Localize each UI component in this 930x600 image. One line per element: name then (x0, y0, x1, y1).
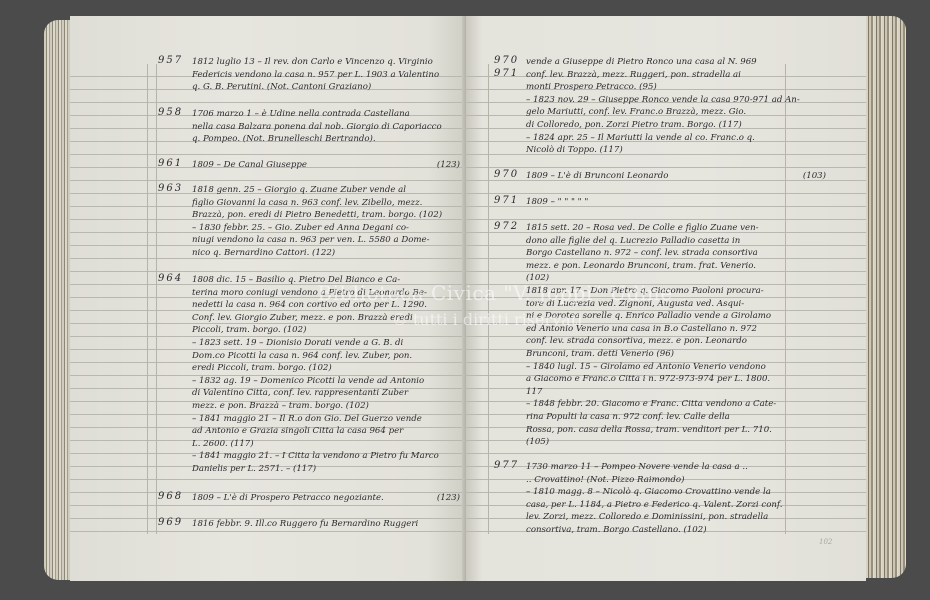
ledger-entry: 1808 dic. 15 – Basilio q. Pietro Del Bia… (192, 274, 460, 476)
entry-line: Conf. lev. Giorgio Zuber, mezz. e pon. B… (192, 312, 460, 325)
entry-line: – 1830 febbr. 25. – Gio. Zuber ed Anna D… (192, 222, 460, 235)
entry-line: – 1848 febbr. 20. Giacomo e Franc. Citta… (526, 398, 826, 411)
entry-line: .. Crovattino! (Not. Pizzo Raimondo) (526, 474, 826, 487)
entry-number: 958 (158, 107, 183, 120)
entry-line: ad Antonio e Grazia singoli Citta la cas… (192, 425, 460, 438)
left-page: 9571812 luglio 13 – Il rev. don Carlo e … (70, 16, 466, 581)
ledger-entry: 1812 luglio 13 – Il rev. don Carlo e Vin… (192, 56, 460, 94)
entry-number: 961 (158, 158, 183, 171)
entry-line: mezz. e pon. Brazzà – tram. borgo. (102) (192, 400, 460, 413)
entry-line: L. 2600. (117) (192, 438, 460, 451)
entry-line: terina moro coniugi vendono a Pietro di … (192, 287, 460, 300)
entry-line: 117 (526, 386, 826, 399)
entry-line: – 1832 ag. 19 – Domenico Picotti la vend… (192, 375, 460, 388)
entry-line: q. G. B. Perutini. (Not. Cantoni Grazian… (192, 81, 460, 94)
entry-line: 1808 dic. 15 – Basilio q. Pietro Del Bia… (192, 274, 460, 287)
entry-line: Piccoli, tram. borgo. (102) (192, 324, 460, 337)
entry-number: 968 (158, 491, 183, 504)
entry-line: 1809 – De Canal Giuseppe(123) (192, 159, 460, 172)
entry-line: conf. lev. strada consortiva, mezz. e po… (526, 335, 826, 348)
entry-line: consortiva, tram. Borgo Castellano. (102… (526, 524, 826, 537)
entry-line: Federicis vendono la casa n. 957 per L. … (192, 69, 460, 82)
entry-line: nella casa Balzara ponena dal nob. Giorg… (192, 121, 460, 134)
entry-line: Borgo Castellano n. 972 – conf. lev. str… (526, 247, 826, 260)
entry-line: conf. lev. Brazzà, mezz. Ruggeri, pon. s… (526, 69, 826, 82)
entry-line: 1818 genn. 25 – Giorgio q. Zuane Zuber v… (192, 184, 460, 197)
entry-line: ed Antonio Venerio una casa in B.o Caste… (526, 323, 826, 336)
entry-line: 1809 – " " " " " (526, 196, 826, 209)
entry-line: Danielis per L. 2571. – (117) (192, 463, 460, 476)
book-page-edges-right (866, 16, 906, 578)
entry-line: vende a Giuseppe di Pietro Ronco una cas… (526, 56, 826, 69)
pencil-folio-number: 102 (819, 538, 832, 546)
entry-number: 972 (494, 221, 519, 234)
entry-line: – 1823 sett. 19 – Dionisio Dorati vende … (192, 337, 460, 350)
entry-line: Dom.co Picotti la casa n. 964 conf. lev.… (192, 350, 460, 363)
archive-reference: (103) (803, 170, 826, 183)
entry-line: Nicolò di Toppo. (117) (526, 144, 826, 157)
entry-number: 964 (158, 273, 183, 286)
entry-line: 1730 marzo 11 – Pompeo Novere vende la c… (526, 461, 826, 474)
book-page-edges-left (44, 20, 72, 580)
ledger-entry: 1816 febbr. 9. Ill.co Ruggero fu Bernard… (192, 518, 460, 531)
entry-line: nico q. Bernardino Cattori. (122) (192, 247, 460, 260)
entry-line: Brazzà, pon. eredi di Pietro Benedetti, … (192, 209, 460, 222)
right-page: 970 971vende a Giuseppe di Pietro Ronco … (466, 16, 866, 581)
entry-line: 1816 febbr. 9. Ill.co Ruggero fu Bernard… (192, 518, 460, 531)
ledger-entry: 1809 – " " " " " (526, 196, 826, 209)
ledger-entry: 1809 – De Canal Giuseppe(123) (192, 159, 460, 172)
entry-line: mezz. e pon. Leonardo Brunconi, tram. fr… (526, 260, 826, 273)
ledger-entry: 1815 sett. 20 – Rosa ved. De Colle e fig… (526, 222, 826, 449)
entry-number: 963 (158, 183, 183, 196)
entry-line: monti Prospero Petracco. (95) (526, 81, 826, 94)
entry-line: 1809 – L'è di Prospero Petracco negozian… (192, 492, 460, 505)
entry-line: Rossa, pon. casa della Rossa, tram. vend… (526, 424, 826, 437)
entry-line: gelo Mariutti, conf. lev. Franc.o Brazzà… (526, 106, 826, 119)
ledger-entry: 1809 – L'è di Prospero Petracco negozian… (192, 492, 460, 505)
entry-line: – 1810 magg. 8 – Nicolò q. Giacomo Crova… (526, 486, 826, 499)
entry-number: 969 (158, 517, 183, 530)
entry-line: di Valentino Citta, conf. lev. rappresen… (192, 387, 460, 400)
entry-line: figlio Giovanni la casa n. 963 conf. lev… (192, 197, 460, 210)
entry-line: 1815 sett. 20 – Rosa ved. De Colle e fig… (526, 222, 826, 235)
entry-number: 971 (494, 195, 519, 208)
ledger-entry: 1706 marzo 1 – è Udine nella contrada Ca… (192, 108, 460, 146)
entry-line: 1818 apr. 17 – Don Pietro q. Giacomo Pao… (526, 285, 826, 298)
entry-line: dono alle figlie del q. Lucrezio Palladi… (526, 235, 826, 248)
entry-number: 970 971 (494, 55, 519, 80)
entry-line: tore di Lucrezia ved. Zignoni, Augusta v… (526, 298, 826, 311)
ledger-entry: 1730 marzo 11 – Pompeo Novere vende la c… (526, 461, 826, 537)
entry-number: 957 (158, 55, 183, 68)
entry-line: 1812 luglio 13 – Il rev. don Carlo e Vin… (192, 56, 460, 69)
entry-line: a Giacomo e Franc.o Citta i n. 972-973-9… (526, 373, 826, 386)
entry-line: – 1841 maggio 21 – Il R.o don Gio. Del G… (192, 413, 460, 426)
entry-number: 970 (494, 169, 519, 182)
ledger-entry: 1809 – L'è di Brunconi Leonardo(103) (526, 170, 826, 183)
ledger-entry: 1818 genn. 25 – Giorgio q. Zuane Zuber v… (192, 184, 460, 260)
entry-line: ni e Dorotea sorelle q. Enrico Palladio … (526, 310, 826, 323)
entry-line: – 1840 lugl. 15 – Girolamo ed Antonio Ve… (526, 361, 826, 374)
entry-line: (102) (526, 272, 826, 285)
entry-line: niugi vendono la casa n. 963 per ven. L.… (192, 234, 460, 247)
archive-reference: (123) (437, 159, 460, 172)
entry-line: rina Populti la casa n. 972 conf. lev. C… (526, 411, 826, 424)
entry-line: 1706 marzo 1 – è Udine nella contrada Ca… (192, 108, 460, 121)
entry-line: casa, per L. 1184, a Pietro e Federico q… (526, 499, 826, 512)
right-page-entries: 970 971vende a Giuseppe di Pietro Ronco … (466, 16, 866, 581)
archive-reference: (123) (437, 492, 460, 505)
entry-line: (105) (526, 436, 826, 449)
entry-line: nedetti la casa n. 964 con cortivo ed or… (192, 299, 460, 312)
entry-line: – 1823 nov. 29 – Giuseppe Ronco vende la… (526, 94, 826, 107)
entry-line: – 1841 maggio 21. – I Citta la vendono a… (192, 450, 460, 463)
entry-line: eredi Piccoli, tram. borgo. (102) (192, 362, 460, 375)
entry-line: 1809 – L'è di Brunconi Leonardo(103) (526, 170, 826, 183)
left-page-entries: 9571812 luglio 13 – Il rev. don Carlo e … (70, 16, 466, 581)
entry-line: lev. Zorzi, mezz. Colloredo e Dominissin… (526, 511, 826, 524)
entry-number: 977 (494, 460, 519, 473)
entry-line: di Colloredo, pon. Zorzi Pietro tram. Bo… (526, 119, 826, 132)
entry-line: q. Pompeo. (Not. Brunelleschi Bertrando)… (192, 133, 460, 146)
entry-line: Brunconi, tram. detti Venerio (96) (526, 348, 826, 361)
entry-line: – 1824 apr. 25 – Il Mariutti la vende al… (526, 132, 826, 145)
ledger-entry: vende a Giuseppe di Pietro Ronco una cas… (526, 56, 826, 157)
